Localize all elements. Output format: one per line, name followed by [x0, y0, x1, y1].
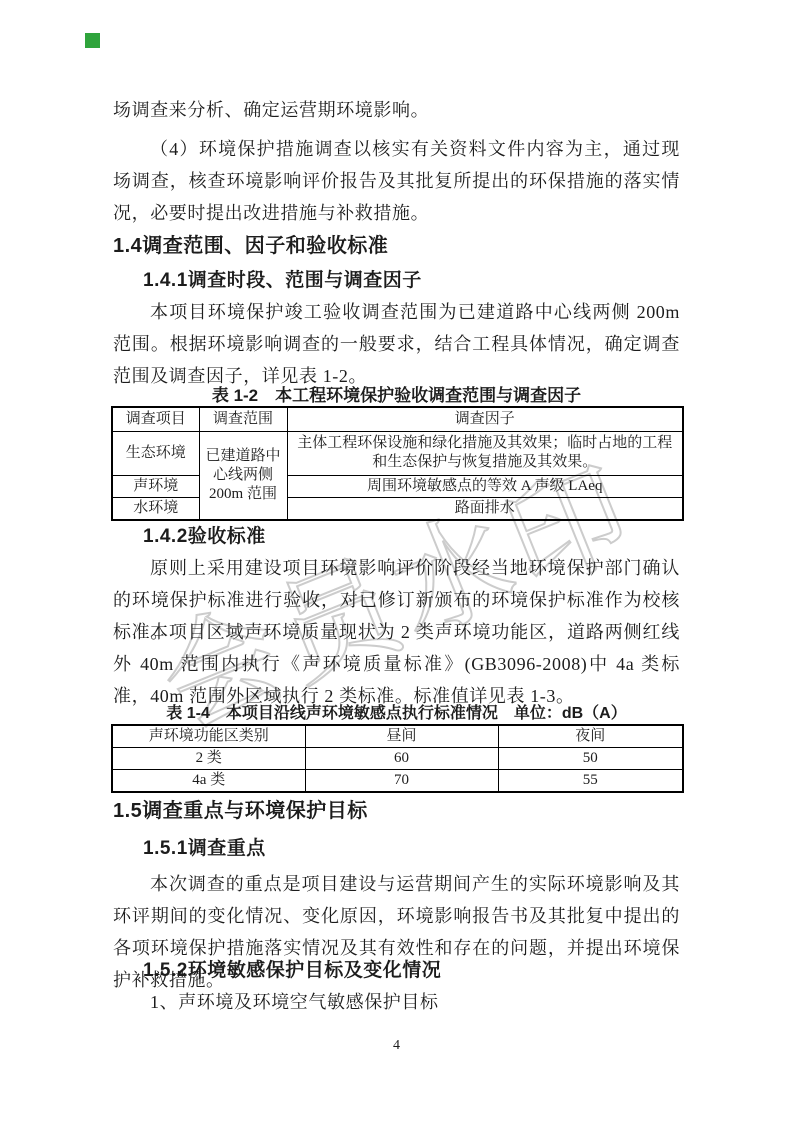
table-1-2-title: 表 1-2 本工程环境保护验收调查范围与调查因子	[113, 386, 680, 406]
paragraph-1-5-2-item1: 1、声环境及环境空气敏感保护目标	[113, 986, 680, 1018]
heading-1-5-1: 1.5.1调查重点	[143, 836, 680, 862]
table-1-2-header-factor: 调查因子	[287, 407, 683, 431]
table-1-2-cell-noise-factor: 周围环境敏感点的等效 A 声级 LAeq	[287, 475, 683, 497]
table-1-4-cell-class4a-day: 70	[305, 770, 498, 793]
heading-1-4: 1.4调查范围、因子和验收标准	[113, 233, 680, 259]
table-row: 水环境 路面排水	[112, 497, 683, 520]
table-1-4-cell-class2-day: 60	[305, 748, 498, 770]
heading-1-5-2: 1.5.2环境敏感保护目标及变化情况	[143, 958, 680, 984]
table-row: 调查项目 调查范围 调查因子	[112, 407, 683, 431]
table-1-2-cell-noise: 声环境	[112, 475, 199, 497]
table-1-4-cell-class4a: 4a 类	[112, 770, 305, 793]
table-1-4-cell-class2-night: 50	[498, 748, 683, 770]
table-1-4-header-category: 声环境功能区类别	[112, 725, 305, 748]
table-1-4-title: 表 1-4 本项目沿线声环境敏感点执行标准情况 单位：dB（A）	[113, 704, 680, 724]
table-1-2-cell-scope-merged: 已建道路中心线两侧 200m 范围	[199, 431, 287, 520]
table-1-2-cell-water: 水环境	[112, 497, 199, 520]
heading-1-4-2: 1.4.2验收标准	[143, 524, 680, 550]
paragraph-1-4-2-b: 本项目区域声环境质量现状为 2 类声环境功能区，道路两侧红线外 40m 范围内执…	[113, 616, 680, 712]
paragraph-item4: （4）环境保护措施调查以核实有关资料文件内容为主，通过现场调查，核查环境影响评价…	[113, 133, 680, 229]
page-number: 4	[0, 1038, 793, 1054]
table-1-4-header-day: 昼间	[305, 725, 498, 748]
table-1-4: 声环境功能区类别 昼间 夜间 2 类 60 50 4a 类 70 55	[111, 724, 684, 793]
table-1-2-cell-eco-factor: 主体工程环保设施和绿化措施及其效果；临时占地的工程和生态保护与恢复措施及其效果。	[287, 431, 683, 475]
table-1-2-header-item: 调查项目	[112, 407, 199, 431]
document-page: 会员水印 场调查来分析、确定运营期环境影响。 （4）环境保护措施调查以核实有关资…	[0, 0, 793, 1122]
green-stamp-marker	[85, 33, 100, 48]
heading-1-5: 1.5调查重点与环境保护目标	[113, 798, 680, 824]
table-1-4-cell-class4a-night: 55	[498, 770, 683, 793]
table-row: 2 类 60 50	[112, 748, 683, 770]
table-row: 生态环境 已建道路中心线两侧 200m 范围 主体工程环保设施和绿化措施及其效果…	[112, 431, 683, 475]
table-1-4-header-night: 夜间	[498, 725, 683, 748]
paragraph-continuation: 场调查来分析、确定运营期环境影响。	[113, 94, 680, 126]
table-row: 4a 类 70 55	[112, 770, 683, 793]
table-1-2-cell-water-factor: 路面排水	[287, 497, 683, 520]
table-1-2-header-scope: 调查范围	[199, 407, 287, 431]
paragraph-1-4-1: 本项目环境保护竣工验收调查范围为已建道路中心线两侧 200m 范围。根据环境影响…	[113, 296, 680, 392]
table-1-4-cell-class2: 2 类	[112, 748, 305, 770]
table-1-2-cell-eco: 生态环境	[112, 431, 199, 475]
heading-1-4-1: 1.4.1调查时段、范围与调查因子	[143, 268, 680, 294]
table-1-2: 调查项目 调查范围 调查因子 生态环境 已建道路中心线两侧 200m 范围 主体…	[111, 406, 684, 521]
table-row: 声环境 周围环境敏感点的等效 A 声级 LAeq	[112, 475, 683, 497]
table-row: 声环境功能区类别 昼间 夜间	[112, 725, 683, 748]
